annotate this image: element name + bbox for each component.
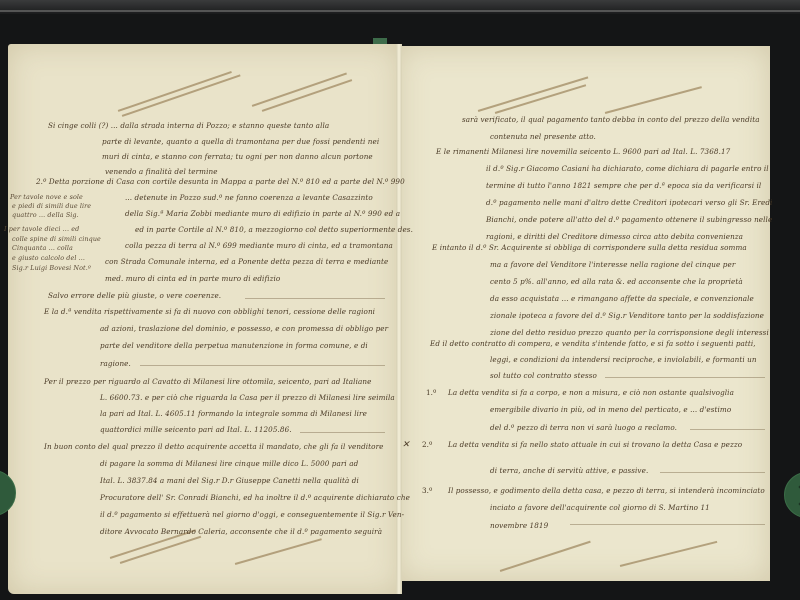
manuscript-line: con Strada Comunale interna, ed a Ponent… bbox=[105, 258, 388, 265]
line-filler bbox=[605, 377, 765, 378]
manuscript-line: E le rimanenti Milanesi lire novemilla s… bbox=[436, 148, 730, 155]
manuscript-line: Salvo errore delle più giuste, o vere co… bbox=[48, 292, 221, 299]
next-page-button[interactable] bbox=[784, 472, 800, 518]
manuscript-line: Procuratore dell' Sr. Conradi Bianchi, e… bbox=[100, 494, 410, 501]
manuscript-line: venendo a finalità del termine bbox=[105, 168, 218, 175]
manuscript-line: ed in parte Cortile al N.º 810, a mezzog… bbox=[135, 226, 413, 233]
manuscript-line: parte di levante, quanto a quella di tra… bbox=[102, 138, 379, 145]
chevron-right-icon bbox=[789, 484, 800, 505]
manuscript-line: ad azioni, traslazione del dominio, e po… bbox=[100, 325, 388, 332]
chevron-left-icon bbox=[0, 482, 4, 503]
manuscript-line: In buon conto del qual prezzo il detto a… bbox=[44, 443, 383, 450]
manuscript-line: E la d.ª vendita rispettivamente si fa d… bbox=[44, 308, 375, 315]
manuscript-line: Si cinge colli (?) ... dalla strada inte… bbox=[48, 122, 329, 129]
article-number: 2.º bbox=[422, 441, 433, 448]
manuscript-line: Per il prezzo per riguardo al Cavatto di… bbox=[44, 378, 371, 385]
manuscript-line: Ital. L. 3837.84 a mani del Sig.r D.r Gi… bbox=[100, 477, 359, 484]
margin-note: colle spine di simili cinque bbox=[12, 236, 101, 242]
manuscript-line: ... detenute in Pozzo sud.º ne fanno coe… bbox=[125, 194, 373, 201]
margin-note: quattro ... della Sig. bbox=[12, 212, 79, 218]
manuscript-line: contenuta nel presente atto. bbox=[490, 133, 596, 140]
manuscript-line: muri di cinta, e stanno con ferrata; tu … bbox=[102, 153, 373, 160]
margin-note: e giusto calcolo del ... bbox=[12, 255, 85, 261]
manuscript-line: di pagare la somma di Milanesi lire cinq… bbox=[100, 460, 358, 467]
line-filler bbox=[300, 432, 385, 433]
manuscript-line: sarà verificato, il qual pagamento tanto… bbox=[462, 116, 760, 123]
manuscript-line: ditore Avvocato Bernardo Caleria, accons… bbox=[100, 528, 382, 535]
manuscript-line: inciato a favore dell'acquirente col gio… bbox=[490, 504, 710, 511]
manuscript-line: da esso acquistata ... e rimangano affet… bbox=[490, 295, 754, 302]
line-filler bbox=[690, 429, 765, 430]
manuscript-line: ragioni, e diritti del Creditore dimesso… bbox=[486, 233, 743, 240]
manuscript-line: emergibile divario in più, od in meno de… bbox=[490, 406, 731, 413]
margin-note: Cinquanta ... colla bbox=[12, 245, 73, 251]
manuscript-line: la pari ad Ital. L. 4605.11 formando la … bbox=[100, 410, 367, 417]
manuscript-line: zione del detto residuo prezzo quanto pe… bbox=[490, 329, 769, 336]
manuscript-line: La detta vendita si fa nello stato attua… bbox=[448, 441, 742, 448]
line-filler bbox=[245, 298, 385, 299]
margin-note: Per tavole nove e sole bbox=[10, 194, 83, 200]
manuscript-line: Il possesso, e godimento della detta cas… bbox=[448, 487, 765, 494]
manuscript-line: med. muro di cinta ed in parte muro di e… bbox=[105, 275, 280, 282]
margin-note: I per tavole dieci ... ed bbox=[4, 226, 79, 232]
line-filler bbox=[140, 365, 385, 366]
manuscript-line: del d.º pezzo di terra non vi sarà luogo… bbox=[490, 424, 677, 431]
margin-note: e piedi di simili due lire bbox=[12, 203, 91, 209]
article-number: 1.º bbox=[426, 389, 437, 396]
margin-mark: ✕ bbox=[402, 441, 410, 450]
manuscript-line: termine di tutto l'anno 1821 sempre che … bbox=[486, 182, 761, 189]
manuscript-line: E intanto il d.º Sr. Acquirente si obbli… bbox=[432, 244, 747, 251]
line-filler bbox=[660, 472, 765, 473]
manuscript-line: leggi, e condizioni da intendersi recipr… bbox=[490, 356, 757, 363]
manuscript-line: il d.º pagamento si effettuerà nel giorn… bbox=[100, 511, 404, 518]
manuscript-line: quattordici mille seicento pari ad Ital.… bbox=[100, 426, 292, 433]
manuscript-line: Bianchi, onde potere all'atto del d.º pa… bbox=[486, 216, 772, 223]
margin-note: Sig.r Luigi Bovesi Not.º bbox=[12, 265, 91, 271]
manuscript-line: zionale ipoteca a favore del d.º Sig.r V… bbox=[490, 312, 764, 319]
article-number: 3.º bbox=[422, 487, 433, 494]
line-filler bbox=[570, 524, 765, 525]
manuscript-line: colla pezza di terra al N.º 699 mediante… bbox=[125, 242, 393, 249]
manuscript-line: ma a favore del Venditore l'interesse ne… bbox=[490, 261, 735, 268]
manuscript-line: di terra, anche di servitù attive, e pas… bbox=[490, 467, 648, 474]
manuscript-line: La detta vendita si fa a corpo, e non a … bbox=[448, 389, 734, 396]
manuscript-line: il d.º Sig.r Giacomo Casiani ha dichiara… bbox=[486, 165, 769, 172]
glass-edge bbox=[0, 10, 800, 12]
manuscript-line: della Sig.ª Maria Zobbi mediante muro di… bbox=[125, 210, 400, 217]
manuscript-line: sol tutto col contratto stesso bbox=[490, 372, 597, 379]
manuscript-line: 2.º Detta porzione di Casa con cortile d… bbox=[36, 178, 405, 185]
manuscript-line: cento 5 p%. all'anno, ed alla rata &. ed… bbox=[490, 278, 743, 285]
manuscript-line: Ed il detto contratto di compera, e vend… bbox=[430, 340, 756, 347]
manuscript-line: parte del venditore della perpetua manut… bbox=[100, 342, 368, 349]
manuscript-line: L. 6600.73. e per ciò che riguarda la Ca… bbox=[100, 394, 395, 401]
manuscript-line: ragione. bbox=[100, 360, 131, 367]
manuscript-line: novembre 1819 bbox=[490, 522, 548, 529]
manuscript-line: d.º pagamento nelle mani d'altro dette C… bbox=[486, 199, 772, 206]
